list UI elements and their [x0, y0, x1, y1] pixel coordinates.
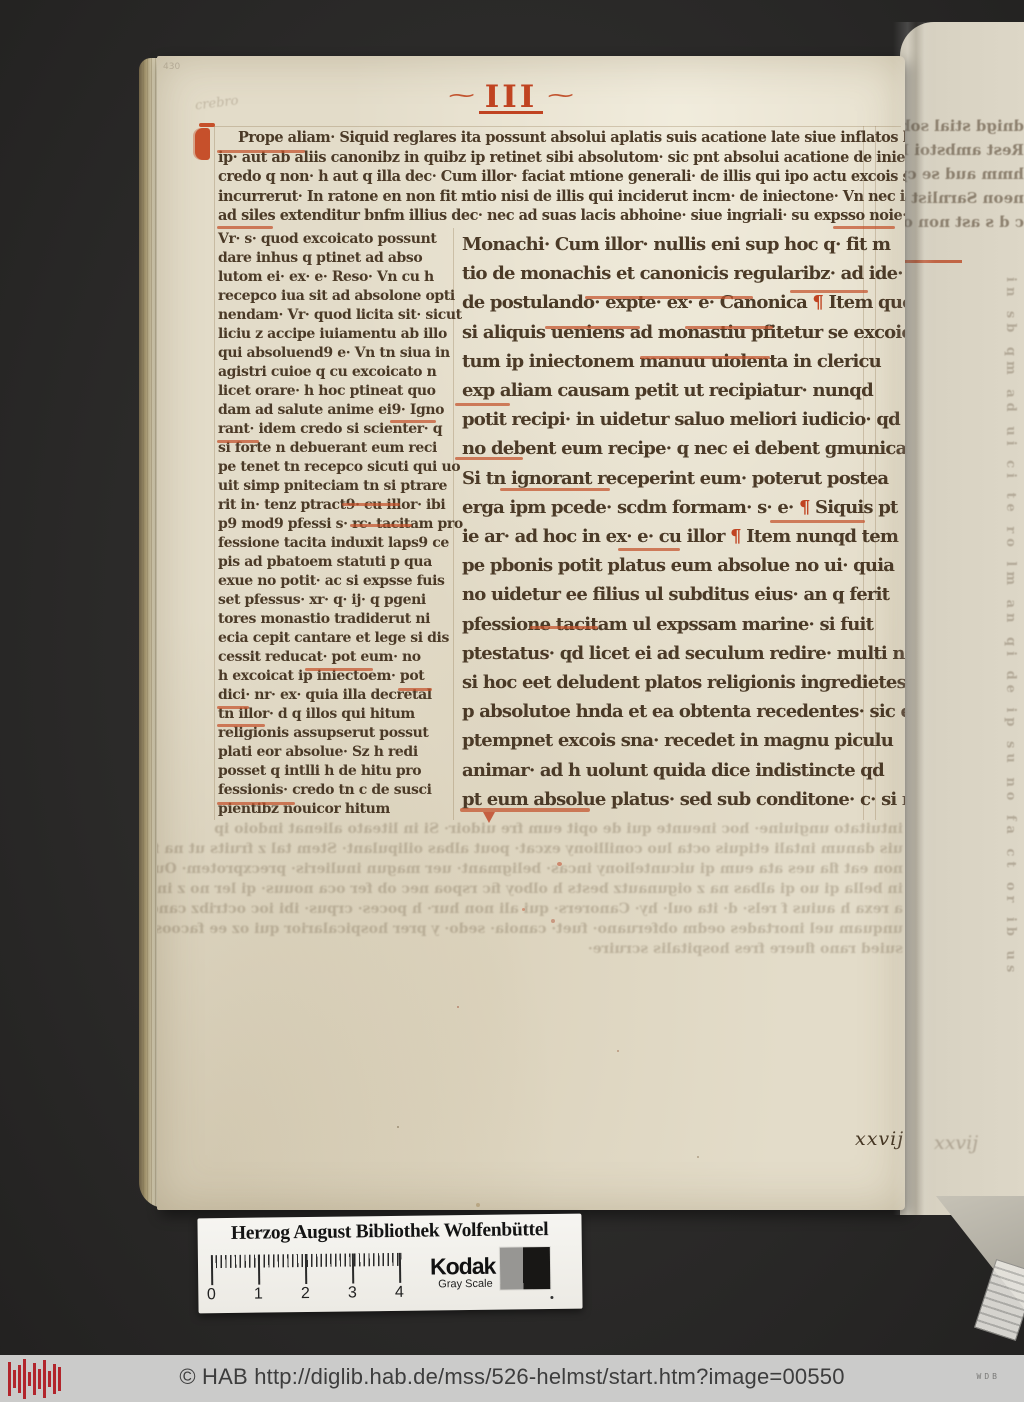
- ruler-major-tick: [399, 1253, 401, 1283]
- pencil-foliation-mark: 430: [163, 62, 180, 72]
- kodak-gray-patch-icon: [500, 1247, 551, 1290]
- folio-number: xxvij.: [855, 1128, 905, 1150]
- gray-scale-label: Gray Scale: [438, 1278, 493, 1291]
- ruler-major-tick: [211, 1255, 213, 1285]
- verso-showthrough-text: intuitato ungiuine· hoc ineunte qui de o…: [225, 819, 903, 959]
- manuscript-text-line: dare inhus q ptinet ad abso: [218, 249, 454, 268]
- manuscript-text-line: fessionis· credo tn c de susci: [218, 781, 454, 800]
- rubric-underline: [455, 403, 510, 406]
- ruler-number: 2: [298, 1285, 312, 1303]
- manuscript-text-line: ie ar· ad hoc in ex· e· cu illor ¶ Item …: [462, 522, 866, 551]
- manuscript-text-line: incurrerut· In ratone en non fit mtio ni…: [218, 187, 900, 207]
- rubric-underline: [618, 548, 680, 551]
- facing-text-line: Rest ambstoi Fo: [902, 138, 1024, 162]
- rubric-underline: [460, 808, 590, 812]
- ruling-line: [214, 126, 215, 820]
- red-ink-speck: [557, 862, 562, 866]
- rubric-underline: [305, 668, 373, 671]
- rubric-underline: [350, 524, 412, 527]
- manuscript-text-line: dam ad salute anime ei9· Igno: [218, 401, 454, 420]
- pilcrow-mark: ¶: [730, 526, 741, 547]
- manuscript-text-line: uit simp pniteciam tn si ptrare: [218, 477, 454, 496]
- facing-page-edge-letters: in sb qm ad ui ci te ro lm an qi de ip s…: [1003, 277, 1018, 1177]
- manuscript-text-line: exue no potit· ac si expsse fuis: [218, 572, 454, 591]
- page-heading-numeral: ~III~: [157, 84, 865, 114]
- manuscript-text-line: plati eor absolue· Sz h redi: [218, 743, 454, 762]
- rubric-underline: [530, 626, 598, 629]
- rubric-underline: [900, 260, 962, 263]
- showthrough-line: non eat fla ues ata eum qi uicunteliony …: [225, 859, 903, 879]
- showthrough-line: unquam uel inortades oedm obferuano· fue…: [225, 919, 903, 939]
- ruler-major-tick: [258, 1255, 260, 1285]
- kodak-gray-scale-card: Herzog August Bibliothek Wolfenbüttel 01…: [197, 1214, 582, 1314]
- showthrough-line: suied rano fluere fres hospitalis scruir…: [225, 939, 903, 959]
- manuscript-text-line: p9 mod9 pfessi s· rc· tacitam pro: [218, 515, 454, 534]
- ruler-numbers: 01234: [198, 1284, 418, 1307]
- showthrough-line: uis danum intali etiquis octa luo conill…: [225, 839, 903, 859]
- manuscript-text-line: Prope aliam· Siquid reglares ita possunt…: [218, 128, 900, 148]
- rubric-underline: [217, 724, 265, 727]
- library-name-label: Herzog August Bibliothek Wolfenbüttel: [197, 1219, 581, 1246]
- showthrough-line: intuitato ungiuine· hoc ineunte qui de o…: [225, 819, 903, 839]
- manuscript-text-line: pfessione tacitam ul expssam marine· si …: [462, 610, 866, 639]
- manuscript-text-line: ecia cepit cantare et lege si dis: [218, 629, 454, 648]
- ruling-line: [209, 126, 901, 127]
- manuscript-text-line: qui absoluend9 e· Vn tn siua in: [218, 344, 454, 363]
- ruler-number: 3: [345, 1284, 359, 1302]
- squiggle-flourish-icon: ~: [445, 84, 477, 107]
- manuscript-text-line: rit in· tenz ptract9· cu illor· ibi: [218, 496, 454, 515]
- facing-page-text-fragment: dnigd stial sobRest ambstoi Fohmm aud se…: [902, 114, 1024, 264]
- manuscript-text-line: Vr· s· quod excoicato possunt: [218, 230, 454, 249]
- rubric-underline: [833, 226, 895, 229]
- pilcrow-mark: ¶: [812, 292, 823, 313]
- manuscript-text-line: agistri cuioe q cu excoicato n: [218, 363, 454, 382]
- manuscript-text-line: ptestatus· qd licet ei ad seculum redire…: [462, 639, 866, 668]
- rubric-underline: [342, 503, 400, 506]
- ruler-number: 4: [392, 1284, 406, 1302]
- pilcrow-mark: ¶: [799, 497, 810, 518]
- manuscript-text-line: posset q intlli h de hitu pro: [218, 762, 454, 781]
- rubric-underline: [500, 488, 610, 491]
- manuscript-text-line: ptempnet excois sna· recedet in magnu pi…: [462, 726, 866, 755]
- manuscript-text-line: potit recipi· in uidetur saluo meliori i…: [462, 405, 866, 434]
- rubric-underline: [217, 150, 305, 153]
- rubric-underline: [217, 706, 249, 709]
- rubric-underline: [545, 326, 640, 329]
- rubric-underline: [390, 420, 436, 423]
- showthrough-line: in bella qi uo qi albas na z oigunautz b…: [225, 879, 903, 899]
- manuscript-text-line: credo q non· h aut q illa dec· Cum illor…: [218, 167, 900, 187]
- parchment-specks: [457, 1006, 459, 1008]
- manuscript-text-line: ip· aut ab aliis canonibz in quibz ip re…: [218, 148, 900, 168]
- manuscript-text-line: tum ip iniectonem manuu uiolenta in cler…: [462, 347, 866, 376]
- kodak-brand-label: Kodak: [430, 1253, 496, 1281]
- manuscript-page: ~III~ 430 crebro Prope aliam· Siquid reg…: [157, 56, 905, 1210]
- ruler-number: 0: [204, 1286, 218, 1304]
- card-dot: [550, 1296, 553, 1299]
- manuscript-text-line: exp aliam causam petit ut recipiatur· nu…: [462, 376, 866, 405]
- rubric-underline: [640, 356, 770, 359]
- red-ink-speck: [522, 908, 525, 911]
- rubric-underline: [790, 290, 868, 293]
- manuscript-text-line: tn illor· d q illos qui hitum: [218, 705, 454, 724]
- facing-folio-offset-mark: xxvij: [934, 1132, 978, 1154]
- rubric-paragraph-mark-icon: [195, 128, 210, 160]
- manuscript-text-line: recepco iua sit ad absolone opti: [218, 287, 454, 306]
- ruler-number: 1: [251, 1286, 265, 1304]
- ruler-major-tick: [305, 1254, 307, 1284]
- manuscript-text-line: p absolutoe hnda et ea obtenta recedente…: [462, 697, 866, 726]
- facing-text-line: dnigd stial sob: [902, 114, 1024, 138]
- rubric-underline: [455, 457, 523, 460]
- digitized-manuscript-photo: dnigd stial sobRest ambstoi Fohmm aud se…: [0, 0, 1024, 1402]
- rubric-underline: [217, 440, 259, 443]
- manuscript-text-line: lutom ei· ex· e· Reso· Vn cu h: [218, 268, 454, 287]
- manuscript-text-line: si aliquis ueniens ad monastiu pfitetur …: [462, 318, 866, 347]
- wdb-corner-mark: WDB: [977, 1372, 1000, 1381]
- rubric-underline: [770, 520, 865, 523]
- showthrough-line: a rexa h auius f rels· d· ita oul· hy· C…: [225, 899, 903, 919]
- manuscript-text-line: licet orare· h hoc ptineat quo: [218, 382, 454, 401]
- facing-text-line: hmm aud se cpo: [902, 162, 1024, 186]
- squiggle-flourish-icon: ~: [545, 84, 577, 107]
- manuscript-text-line: pe pbonis potit platus eum absolue no ui…: [462, 551, 866, 580]
- manuscript-text-line: fessione tacita induxit laps9 ce: [218, 534, 454, 553]
- footer-bar: © HAB http://diglib.hab.de/mss/526-helms…: [0, 1355, 1024, 1402]
- rubric-underline: [398, 688, 432, 691]
- manuscript-text-line: pe tenet tn recepco sicuti qui uo: [218, 458, 454, 477]
- rubric-underline: [585, 296, 753, 299]
- rubric-underline: [685, 326, 773, 329]
- manuscript-text-line: liciu z accipe iuiamentu ab illo: [218, 325, 454, 344]
- manuscript-text-line: tio de monachis et canonicis regularibz·…: [462, 259, 866, 288]
- top-paragraph: Prope aliam· Siquid reglares ita possunt…: [218, 128, 900, 226]
- manuscript-text-line: ad siles extenditur bnfm illius dec· nec…: [218, 206, 900, 226]
- manuscript-text-line: Monachi· Cum illor· nullis eni sup hoc q…: [462, 230, 866, 259]
- facing-text-line: neon Sarnlist o: [902, 186, 1024, 210]
- manuscript-text-line: nendam· Vr· quod licita sit· sicut: [218, 306, 454, 325]
- manuscript-text-line: cessit reducat· pot eum· no: [218, 648, 454, 667]
- left-text-column: Vr· s· quod excoicato possuntdare inhus …: [218, 230, 454, 819]
- shelfmark-label: [974, 1259, 1024, 1341]
- manuscript-text-line: tores monastio tradiderut ni: [218, 610, 454, 629]
- facing-text-line: c d s ast non ol: [902, 210, 1024, 234]
- manuscript-text-line: animar· ad h uolunt quida dice indistinc…: [462, 756, 866, 785]
- rubric-underline: [217, 802, 295, 805]
- manuscript-text-line: si hoc eet deludent platos religionis in…: [462, 668, 866, 697]
- manuscript-text-line: erga ipm pcede· scdm formam· s· e· ¶ Siq…: [462, 493, 866, 522]
- manuscript-text-line: set pfessus· xr· q· ij· q pgeni: [218, 591, 454, 610]
- manuscript-text-line: no uidetur ee filius ul subditus eius· a…: [462, 580, 866, 609]
- ruler-major-tick: [352, 1253, 354, 1283]
- manuscript-text-line: pis ad pbatoem statuti p qua: [218, 553, 454, 572]
- copyright-url-text: © HAB http://diglib.hab.de/mss/526-helms…: [0, 1364, 1024, 1390]
- roman-numeral: III: [479, 84, 544, 114]
- rubric-underline: [217, 226, 273, 229]
- facing-page-edge: dnigd stial sobRest ambstoi Fohmm aud se…: [900, 22, 1024, 1215]
